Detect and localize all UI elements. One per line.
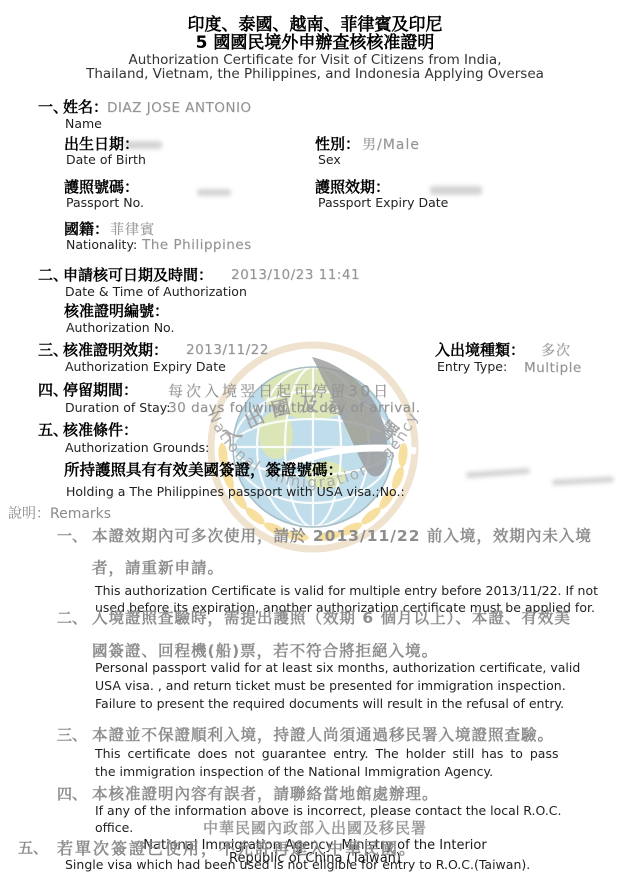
title-english-line2: Thailand, Vietnam, the Philippines, and … bbox=[0, 67, 630, 83]
redaction-smudge bbox=[552, 476, 614, 485]
remark2-en-line3: Failure to present the required document… bbox=[95, 697, 564, 711]
grounds-text-en: Holding a The Philippines passport with … bbox=[66, 485, 405, 499]
remark3-number: 三、 bbox=[57, 727, 87, 744]
remark2-number: 二、 bbox=[57, 610, 87, 627]
remark3-zh-line1: 本證並不保證順利入境，持證人尚須通過移民署入境證照查驗。 bbox=[92, 727, 554, 745]
entry-type-value-zh: 多次 bbox=[541, 343, 571, 359]
sex-label-zh: 性別： bbox=[315, 136, 360, 153]
passport-expiry-label-en: Passport Expiry Date bbox=[318, 196, 448, 210]
remark4-zh-line1: 本核准證明內容有誤者，請聯絡當地館處辦理。 bbox=[92, 786, 439, 804]
nationality-label-zh: 國籍： bbox=[64, 221, 109, 238]
nationality-value-zh: 菲律賓 bbox=[110, 222, 155, 238]
redaction-smudge bbox=[466, 468, 530, 478]
passport-no-label-en: Passport No. bbox=[66, 196, 144, 210]
passport-expiry-label-zh: 護照效期： bbox=[315, 179, 390, 196]
name-label-en: Name bbox=[65, 117, 102, 131]
nationality-value-en: The Philippines bbox=[142, 238, 252, 254]
dob-label-zh: 出生日期： bbox=[64, 136, 139, 153]
stay-label-zh: 停留期間： bbox=[63, 382, 138, 399]
auth-datetime-label-zh: 申請核可日期及時間： bbox=[63, 267, 213, 284]
grounds-label-en: Authorization Grounds: bbox=[65, 441, 209, 455]
remark4-en-line1: If any of the information above is incor… bbox=[95, 804, 562, 818]
footer-agency-zh: 中華民國內政部入出國及移民署 bbox=[0, 820, 630, 837]
certificate-page: 入出國及移民署 National Immigration Agency 印度、泰… bbox=[0, 0, 630, 891]
auth-no-label-en: Authorization No. bbox=[66, 321, 174, 335]
grounds-text-zh: 所持護照具有有效美國簽證，簽證號碼： bbox=[64, 462, 343, 480]
remark2-en-line2: USA visa. , and return ticket must be pr… bbox=[95, 679, 566, 693]
remark5-en-line1: Single visa which had been used is not e… bbox=[65, 858, 530, 872]
remark3-en-line1: This certificate does not guarantee entr… bbox=[95, 747, 559, 761]
stay-value-en: 30 days follwing the day of arrival. bbox=[168, 401, 420, 417]
remark2-zh-line2: 國簽證、回程機(船)票，若不符合將拒絕入境。 bbox=[92, 643, 438, 661]
title-chinese-line2: 5 國國民境外申辦查核核准證明 bbox=[0, 34, 630, 54]
entry-type-label-en: Entry Type: bbox=[437, 360, 507, 374]
grounds-label-zh: 核准條件： bbox=[63, 422, 138, 439]
remark2-en-line1: Personal passport valid for at least six… bbox=[95, 661, 580, 675]
remark3-en-line2: the immigration inspection of the Nation… bbox=[95, 765, 493, 779]
remarks-header: 說明：Remarks bbox=[8, 506, 111, 522]
expiry-label-en: Authorization Expiry Date bbox=[65, 360, 226, 374]
sex-value: 男/Male bbox=[362, 137, 420, 153]
stay-value-zh: 每次入境翌日起可停留30日 bbox=[168, 383, 391, 400]
redaction-smudge bbox=[430, 186, 482, 195]
remark1-en-line1: This authorization Certificate is valid … bbox=[95, 584, 598, 598]
remark4-number: 四、 bbox=[57, 786, 87, 803]
auth-datetime-label-en: Date & Time of Authorization bbox=[65, 285, 247, 299]
entry-type-label-zh: 入出境種類： bbox=[435, 342, 525, 359]
expiry-value: 2013/11/22 bbox=[186, 343, 269, 359]
passport-no-label-zh: 護照號碼： bbox=[64, 179, 139, 196]
sex-label-en: Sex bbox=[318, 153, 341, 167]
remark5-zh-line1: 若單次簽證已使用，不允許再進入中華民國。 bbox=[57, 840, 417, 858]
nationality-label-en: Nationality: bbox=[66, 238, 137, 252]
entry-type-value-en: Multiple bbox=[524, 361, 582, 377]
redaction-smudge bbox=[197, 189, 231, 196]
expiry-label-zh: 核准證明效期： bbox=[63, 342, 168, 359]
remark1-zh-line1: 本證效期內可多次使用，請於 2013/11/22 前入境，效期內未入境 bbox=[92, 528, 592, 546]
auth-datetime-value: 2013/10/23 11:41 bbox=[231, 268, 360, 284]
remark5-number: 五、 bbox=[18, 840, 48, 857]
stay-label-en: Duration of Stay: bbox=[65, 401, 170, 415]
remark2-zh-line1: 入境證照查驗時，需提出護照（效期 6 個月以上）、本證、有效美 bbox=[92, 610, 571, 628]
remark1-zh-line2: 者，請重新申請。 bbox=[92, 560, 224, 578]
name-value: DIAZ JOSE ANTONIO bbox=[107, 101, 252, 117]
remark1-number: 一、 bbox=[57, 528, 87, 545]
name-label-zh: 姓名： bbox=[63, 99, 108, 116]
dob-label-en: Date of Birth bbox=[66, 153, 146, 167]
auth-no-label-zh: 核准證明編號： bbox=[64, 303, 169, 320]
